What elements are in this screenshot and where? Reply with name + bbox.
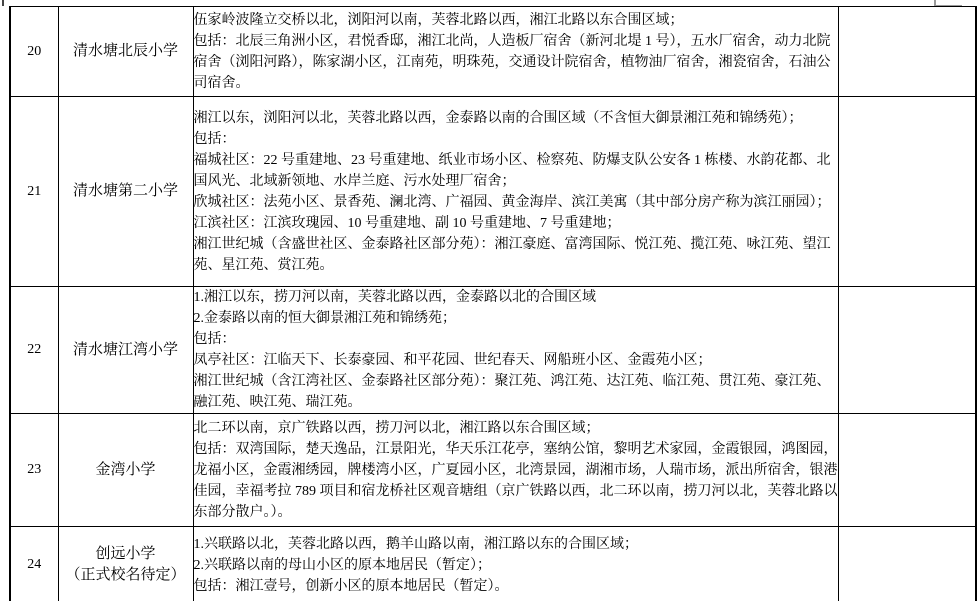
row-number-cell: 23 <box>10 414 58 527</box>
school-name-cell: 清水塘北辰小学 <box>58 7 193 97</box>
school-name-cell: 创远小学（正式校名待定） <box>58 527 193 601</box>
district-description-cell: 湘江以东，浏阳河以北，芙蓉北路以西，金泰路以南的合围区域（不含恒大御景湘江苑和锦… <box>193 97 838 287</box>
description-line: 1.兴联路以北，芙蓉北路以西，鹅羊山路以南，湘江路以东的合围区域； <box>194 534 838 555</box>
table-row: 20清水塘北辰小学伍家岭波隆立交桥以北，浏阳河以南，芙蓉北路以西，湘江北路以东合… <box>10 7 976 97</box>
description-line: 包括：湘江壹号，创新小区的原本地居民（暂定）。 <box>194 576 838 597</box>
description-line: 包括： <box>194 329 838 350</box>
remark-cell <box>838 287 976 414</box>
description-line: 凤亭社区：江临天下、长泰豪园、和平花园、世纪春天、网船班小区、金霞苑小区； <box>194 350 838 371</box>
table-row: 21清水塘第二小学湘江以东，浏阳河以北，芙蓉北路以西，金泰路以南的合围区域（不含… <box>10 97 976 287</box>
description-line: 包括： <box>194 129 838 150</box>
school-name-cell: 金湾小学 <box>58 414 193 527</box>
remark-cell <box>838 97 976 287</box>
row-number-cell: 21 <box>10 97 58 287</box>
remark-cell <box>838 414 976 527</box>
row-number-cell: 22 <box>10 287 58 414</box>
cropped-row-fragment-left <box>2 0 4 6</box>
school-name-cell: 清水塘江湾小学 <box>58 287 193 414</box>
description-line: 江滨社区：江滨玫瑰园、10 号重建地、副 10 号重建地、7 号重建地； <box>194 213 838 234</box>
remark-cell <box>838 527 976 601</box>
school-name-line: 创远小学 <box>59 544 193 565</box>
school-name-cell: 清水塘第二小学 <box>58 97 193 287</box>
description-line: 2.金泰路以南的恒大御景湘江苑和锦绣苑； <box>194 308 838 329</box>
description-line: 1.湘江以东，捞刀河以南，芙蓉北路以西，金泰路以北的合围区域 <box>194 287 838 308</box>
school-name-line: 清水塘第二小学 <box>59 181 193 202</box>
row-number-cell: 24 <box>10 527 58 601</box>
description-line: 包括：北辰三角洲小区，君悦香邸，湘江北尚，人造板厂宿舍（新河北堤 1 号），五水… <box>194 31 838 94</box>
district-description-cell: 1.兴联路以北，芙蓉北路以西，鹅羊山路以南，湘江路以东的合围区域；2.兴联路以南… <box>193 527 838 601</box>
description-line: 湘江世纪城（含盛世社区、金泰路社区部分苑）：湘江豪庭、富湾国际、悦江苑、揽江苑、… <box>194 234 838 276</box>
school-name-line: （正式校名待定） <box>59 565 193 586</box>
description-line: 福城社区：22 号重建地、23 号重建地、纸业市场小区、检察苑、防爆支队公安各 … <box>194 150 838 192</box>
description-line: 欣城社区：法苑小区、景香苑、澜北湾、广福园、黄金海岸、滨江美寓（其中部分房产称为… <box>194 192 838 213</box>
description-line: 北二环以南，京广铁路以西，捞刀河以北，湘江路以东合围区域； <box>194 418 838 439</box>
district-description-cell: 伍家岭波隆立交桥以北，浏阳河以南，芙蓉北路以西，湘江北路以东合围区域；包括：北辰… <box>193 7 838 97</box>
description-line: 包括：双湾国际，楚天逸品，江景阳光，华天乐江花亭，塞纳公馆，黎明艺术家园，金霞银… <box>194 439 838 523</box>
description-line: 伍家岭波隆立交桥以北，浏阳河以南，芙蓉北路以西，湘江北路以东合围区域； <box>194 10 838 31</box>
description-line: 湘江世纪城（含江湾社区、金泰路社区部分苑）：聚江苑、鸿江苑、达江苑、临江苑、贯江… <box>194 371 838 413</box>
document-page: 20清水塘北辰小学伍家岭波隆立交桥以北，浏阳河以南，芙蓉北路以西，湘江北路以东合… <box>0 0 980 601</box>
table-row: 24创远小学（正式校名待定）1.兴联路以北，芙蓉北路以西，鹅羊山路以南，湘江路以… <box>10 527 976 601</box>
district-description-cell: 北二环以南，京广铁路以西，捞刀河以北，湘江路以东合围区域；包括：双湾国际，楚天逸… <box>193 414 838 527</box>
remark-cell <box>838 7 976 97</box>
table-row: 22清水塘江湾小学1.湘江以东，捞刀河以南，芙蓉北路以西，金泰路以北的合围区域2… <box>10 287 976 414</box>
table-body: 20清水塘北辰小学伍家岭波隆立交桥以北，浏阳河以南，芙蓉北路以西，湘江北路以东合… <box>10 7 976 601</box>
school-name-line: 清水塘江湾小学 <box>59 340 193 361</box>
school-name-line: 金湾小学 <box>59 460 193 481</box>
table-row: 23金湾小学北二环以南，京广铁路以西，捞刀河以北，湘江路以东合围区域；包括：双湾… <box>10 414 976 527</box>
description-line: 湘江以东，浏阳河以北，芙蓉北路以西，金泰路以南的合围区域（不含恒大御景湘江苑和锦… <box>194 108 838 129</box>
description-line: 2.兴联路以南的母山小区的原本地居民（暂定）； <box>194 555 838 576</box>
school-district-table: 20清水塘北辰小学伍家岭波隆立交桥以北，浏阳河以南，芙蓉北路以西，湘江北路以东合… <box>9 6 977 601</box>
row-number-cell: 20 <box>10 7 58 97</box>
school-name-line: 清水塘北辰小学 <box>59 41 193 62</box>
district-description-cell: 1.湘江以东，捞刀河以南，芙蓉北路以西，金泰路以北的合围区域2.金泰路以南的恒大… <box>193 287 838 414</box>
